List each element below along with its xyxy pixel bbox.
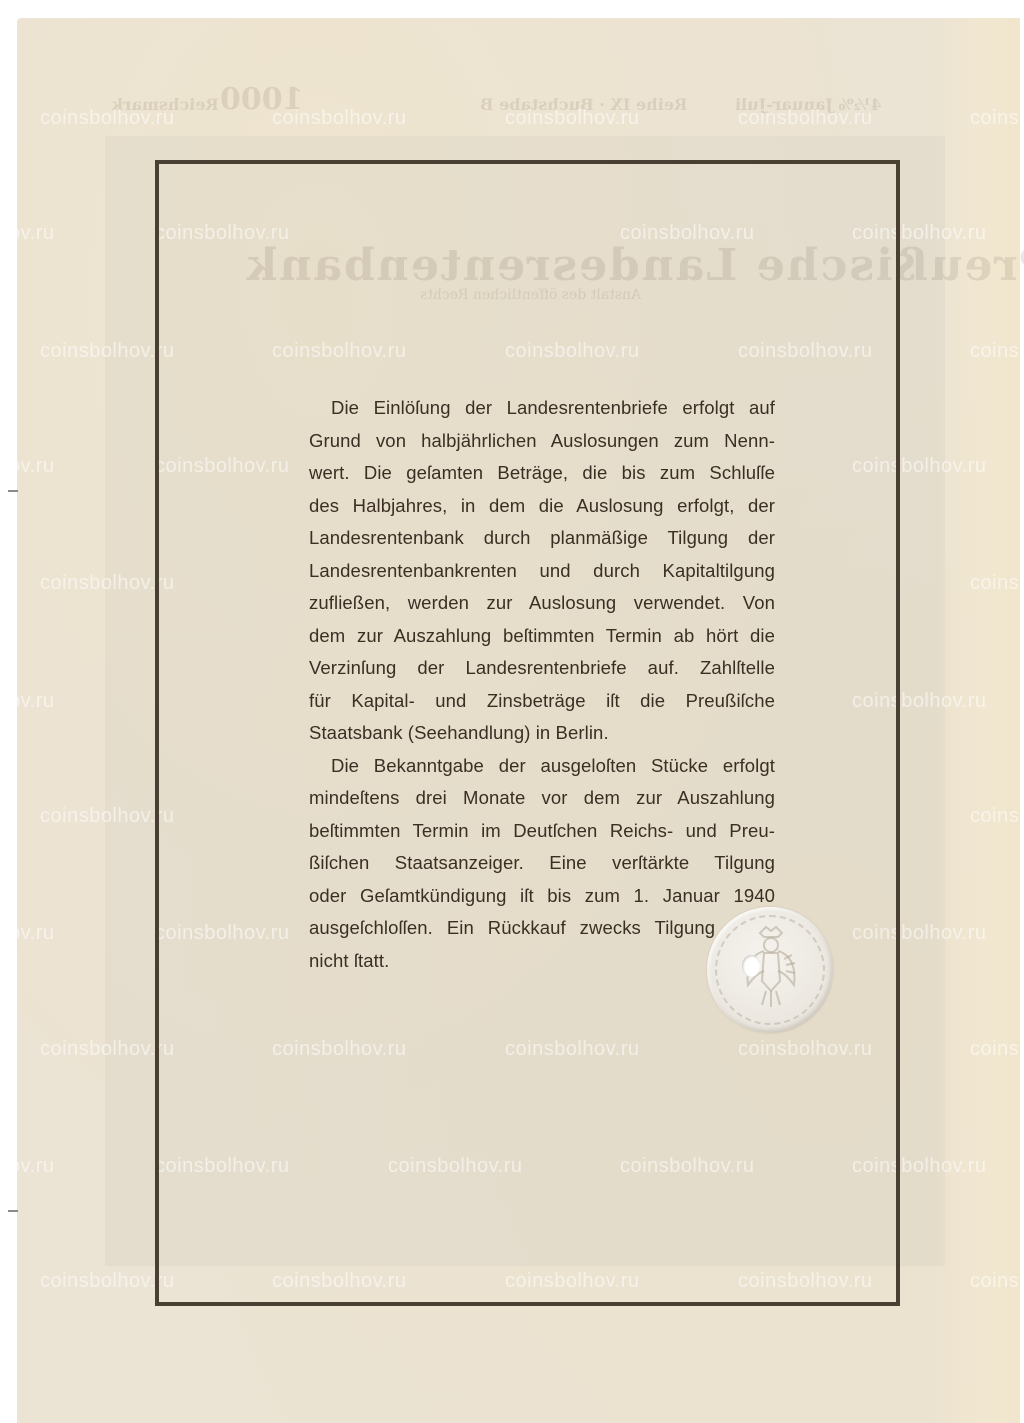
text-line: Landesrentenbank durch planmäßige Tilgun… xyxy=(309,522,775,555)
scan-edge-mark xyxy=(8,490,18,492)
terms-text-block: Die Einlöſung der Landesrentenbriefe erf… xyxy=(309,392,775,977)
text-line: Die Bekanntgabe der ausgeloſten Stücke e… xyxy=(309,750,775,783)
watermark: coinsbolhov.ru xyxy=(738,107,872,130)
watermark: coinsbolhov.ru xyxy=(505,107,639,130)
text-line: des Halbjahres, in dem die Auslosung erf… xyxy=(309,490,775,523)
text-line: ßiſchen Staatsanzeiger. Eine verſtärkte … xyxy=(309,847,775,880)
text-line: Grund von halbjährlichen Auslosungen zum… xyxy=(309,425,775,458)
text-line: nicht ſtatt. xyxy=(309,945,775,978)
text-line: zufließen, werden zur Auslosung verwende… xyxy=(309,587,775,620)
scanned-document: 4½% Januar-Juli Reihe IX · Buchstabe B 1… xyxy=(0,0,1024,1423)
watermark: coinsbolhov.ru xyxy=(970,572,1024,595)
watermark: coinsbolhov.ru xyxy=(970,805,1024,828)
text-line: ausgeſchloſſen. Ein Rückkauf zwecks Tilg… xyxy=(309,912,775,945)
text-line: mindeſtens drei Monate vor dem zur Ausza… xyxy=(309,782,775,815)
text-line: für Kapital- und Zinsbeträge iſt die Pre… xyxy=(309,685,775,718)
paragraph-announcement: Die Bekanntgabe der ausgeloſten Stücke e… xyxy=(309,750,775,978)
text-line: Die Einlöſung der Landesrentenbriefe erf… xyxy=(309,392,775,425)
watermark: coinsbolhov.ru xyxy=(272,107,406,130)
punch-hole xyxy=(742,955,760,977)
text-line: dem zur Auszahlung beſtimmten Termin ab … xyxy=(309,620,775,653)
watermark: coinsbolhov.ru xyxy=(970,340,1024,363)
text-line: Landesrentenbankrenten und durch Kapital… xyxy=(309,555,775,588)
watermark: coinsbolhov.ru xyxy=(0,690,54,713)
text-line: oder Geſamtkündigung iſt bis zum 1. Janu… xyxy=(309,880,775,913)
text-line: beſtimmten Termin im Deutſchen Reichs- u… xyxy=(309,815,775,848)
embossed-seal xyxy=(707,907,833,1033)
watermark: coinsbolhov.ru xyxy=(40,107,174,130)
watermark: coinsbolhov.ru xyxy=(0,455,54,478)
watermark: coinsbolhov.ru xyxy=(0,222,54,245)
scan-edge-mark xyxy=(8,1210,18,1212)
text-line: Staatsbank (Seehandlung) in Berlin. xyxy=(309,717,775,750)
watermark: coinsbolhov.ru xyxy=(0,1155,54,1178)
text-line: Verzinſung der Landesrentenbriefe auf. Z… xyxy=(309,652,775,685)
watermark: coinsbolhov.ru xyxy=(0,922,54,945)
text-line: wert. Die geſamten Beträge, die bis zum … xyxy=(309,457,775,490)
watermark: coinsbolhov.ru xyxy=(970,107,1024,130)
paragraph-redemption: Die Einlöſung der Landesrentenbriefe erf… xyxy=(309,392,775,750)
watermark: coinsbolhov.ru xyxy=(970,1270,1024,1293)
watermark: coinsbolhov.ru xyxy=(970,1038,1024,1061)
